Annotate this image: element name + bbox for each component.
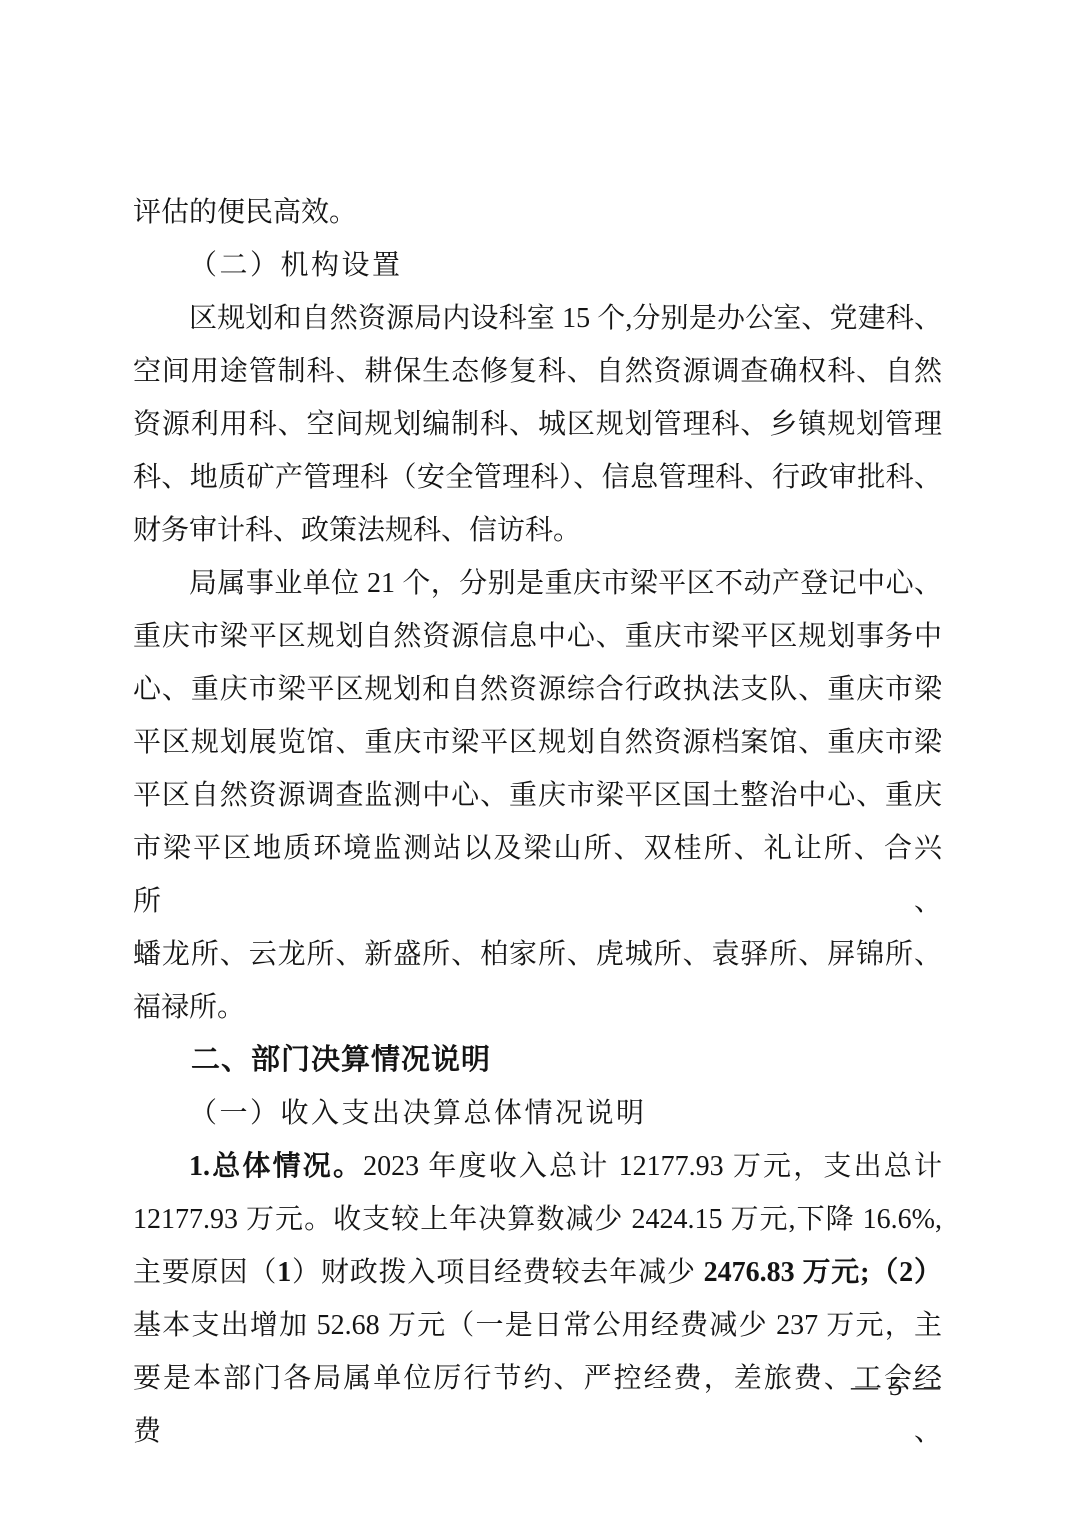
text-segment: 平区自然资源调查监测中心、重庆市梁平区国土整治中心、重庆 (133, 780, 942, 811)
document-line: 评估的便民高效。 (133, 186, 942, 239)
text-segment: （二）机构设置 (189, 250, 403, 281)
text-segment: 1 (277, 1257, 291, 1288)
text-segment: （一）收入支出决算总体情况说明 (189, 1098, 647, 1129)
document-line: 12177.93 万元。收支较上年决算数减少 2424.15 万元,下降 16.… (133, 1193, 942, 1246)
page-number: — 5 — (851, 1366, 942, 1406)
text-segment: 2476.83 万元;（2） (704, 1257, 942, 1288)
document-line: 重庆市梁平区规划自然资源信息中心、重庆市梁平区规划事务中 (133, 610, 942, 663)
text-segment: 区规划和自然资源局内设科室 15 个,分别是办公室、党建科、 (189, 303, 942, 334)
document-line: 心、重庆市梁平区规划和自然资源综合行政执法支队、重庆市梁 (133, 663, 942, 716)
text-segment: 二、部门决算情况说明 (191, 1044, 491, 1076)
text-segment: 福禄所。 (133, 992, 245, 1023)
text-segment: 平区规划展览馆、重庆市梁平区规划自然资源档案馆、重庆市梁 (133, 727, 942, 758)
document-line: 区规划和自然资源局内设科室 15 个,分别是办公室、党建科、 (133, 292, 942, 345)
text-segment: 市梁平区地质环境监测站以及梁山所、双桂所、礼让所、合兴所、 (133, 833, 942, 917)
section-heading: （一）收入支出决算总体情况说明 (133, 1087, 942, 1140)
text-segment: 局属事业单位 21 个，分别是重庆市梁平区不动产登记中心、 (189, 568, 942, 599)
text-segment: 12177.93 万元。收支较上年决算数减少 2424.15 万元,下降 16.… (133, 1204, 942, 1235)
document-line: 1.总体情况。2023 年度收入总计 12177.93 万元，支出总计 (133, 1140, 942, 1193)
document-line: 市梁平区地质环境监测站以及梁山所、双桂所、礼让所、合兴所、 (133, 822, 942, 928)
text-segment: 重庆市梁平区规划自然资源信息中心、重庆市梁平区规划事务中 (133, 621, 942, 652)
document-line: 财务审计科、政策法规科、信访科。 (133, 504, 942, 557)
text-segment: 蟠龙所、云龙所、新盛所、柏家所、虎城所、袁驿所、屏锦所、 (133, 939, 942, 970)
document-line: 资源利用科、空间规划编制科、城区规划管理科、乡镇规划管理 (133, 398, 942, 451)
document-line: 主要原因（1）财政拨入项目经费较去年减少 2476.83 万元;（2） (133, 1246, 942, 1299)
text-segment: 2023 年度收入总计 12177.93 万元，支出总计 (363, 1151, 942, 1182)
document-line: 局属事业单位 21 个，分别是重庆市梁平区不动产登记中心、 (133, 557, 942, 610)
text-segment: 心、重庆市梁平区规划和自然资源综合行政执法支队、重庆市梁 (133, 674, 942, 705)
document-line: 空间用途管制科、耕保生态修复科、自然资源调查确权科、自然 (133, 345, 942, 398)
text-segment: 空间用途管制科、耕保生态修复科、自然资源调查确权科、自然 (133, 356, 942, 387)
document-line: 基本支出增加 52.68 万元（一是日常公用经费减少 237 万元，主 (133, 1299, 942, 1352)
document-line: 平区自然资源调查监测中心、重庆市梁平区国土整治中心、重庆 (133, 769, 942, 822)
text-segment: ）财政拨入项目经费较去年减少 (291, 1257, 703, 1288)
document-line: 蟠龙所、云龙所、新盛所、柏家所、虎城所、袁驿所、屏锦所、 (133, 928, 942, 981)
document-line: 要是本部门各局属单位厉行节约、严控经费，差旅费、工会经费、 (133, 1352, 942, 1458)
text-segment: 财务审计科、政策法规科、信访科。 (133, 515, 581, 546)
text-segment: 要是本部门各局属单位厉行节约、严控经费，差旅费、工会经费、 (133, 1363, 942, 1447)
document-body: 评估的便民高效。（二）机构设置区规划和自然资源局内设科室 15 个,分别是办公室… (133, 186, 942, 1458)
text-segment: 科、地质矿产管理科（安全管理科）、信息管理科、行政审批科、 (133, 462, 942, 493)
text-segment: 1.总体情况。 (189, 1151, 363, 1182)
section-heading: 二、部门决算情况说明 (133, 1034, 942, 1087)
text-segment: 基本支出增加 52.68 万元（一是日常公用经费减少 237 万元，主 (133, 1310, 942, 1341)
text-segment: 评估的便民高效。 (133, 197, 357, 228)
text-segment: 主要原因（ (133, 1257, 277, 1288)
document-page: 评估的便民高效。（二）机构设置区规划和自然资源局内设科室 15 个,分别是办公室… (0, 0, 1075, 1520)
text-segment: 资源利用科、空间规划编制科、城区规划管理科、乡镇规划管理 (133, 409, 942, 440)
document-line: 科、地质矿产管理科（安全管理科）、信息管理科、行政审批科、 (133, 451, 942, 504)
document-line: 福禄所。 (133, 981, 942, 1034)
section-heading: （二）机构设置 (133, 239, 942, 292)
document-line: 平区规划展览馆、重庆市梁平区规划自然资源档案馆、重庆市梁 (133, 716, 942, 769)
